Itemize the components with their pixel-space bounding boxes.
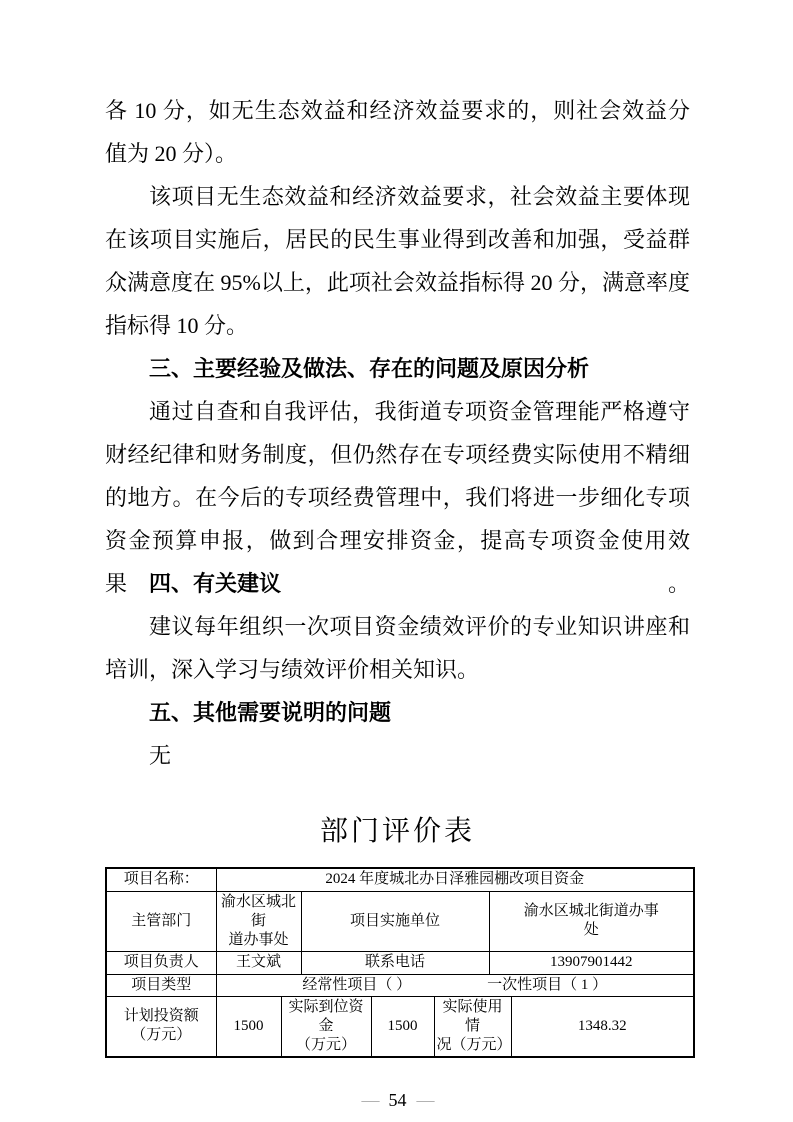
- paragraph: 该项目无生态效益和经济效益要求，社会效益主要体现 在该项目实施后，居民的民生事业…: [105, 175, 690, 347]
- paragraph: 各 10 分，如无生态效益和经济效益要求的，则社会效益分 值为 20 分）。: [105, 89, 690, 175]
- project-name-value: 2024 年度城北办日泽雅园棚改项目资金: [216, 868, 694, 891]
- footer-dash-left: —: [362, 1090, 379, 1110]
- paragraph-line: 众满意度在 95%以上，此项社会效益指标得 20 分，满意率度: [105, 261, 690, 304]
- table-row: 项目类型 经常性项目（ ）一次性项目（ 1 ）: [106, 974, 694, 996]
- paragraph-line: 各 10 分，如无生态效益和经济效益要求的，则社会效益分: [105, 89, 690, 132]
- paragraph-line: 指标得 10 分。: [105, 304, 690, 347]
- footer-dash-right: —: [417, 1090, 434, 1110]
- dept-value: 渝水区城北街 道办事处: [216, 891, 301, 951]
- paragraph: 建议每年组织一次项目资金绩效评价的专业知识讲座和 培训，深入学习与绩效评价相关知…: [105, 605, 690, 691]
- table-row: 项目负责人 王文斌 联系电话 13907901442: [106, 951, 694, 974]
- phone-label: 联系电话: [301, 951, 489, 974]
- phone-value: 13907901442: [489, 951, 694, 974]
- project-name-label: 项目名称：: [106, 868, 216, 891]
- dept-label: 主管部门: [106, 891, 216, 951]
- actual-usage-value: 1348.32: [511, 996, 694, 1057]
- paragraph-line-none: 无: [105, 734, 690, 777]
- paragraph-line: 资金预算申报，做到合理安排资金，提高专项资金使用效果。: [105, 519, 690, 562]
- type-onetime-option: 一次性项目（ 1 ）: [487, 977, 607, 993]
- actual-usage-label: 实际使用情 况（万元）: [434, 996, 511, 1057]
- paragraph-line: 该项目无生态效益和经济效益要求，社会效益主要体现: [105, 175, 690, 218]
- table-row: 项目名称： 2024 年度城北办日泽雅园棚改项目资金: [106, 868, 694, 891]
- section-heading-3: 三、主要经验及做法、存在的问题及原因分析: [105, 347, 690, 390]
- paragraph-line: 财经纪律和财务制度，但仍然存在专项经费实际使用不精细: [105, 433, 690, 476]
- project-type-label: 项目类型: [106, 974, 216, 996]
- paragraph-line: 建议每年组织一次项目资金绩效评价的专业知识讲座和: [105, 605, 690, 648]
- received-funds-label: 实际到位资金 （万元）: [281, 996, 371, 1057]
- page-content: 各 10 分，如无生态效益和经济效益要求的，则社会效益分 值为 20 分）。 该…: [105, 89, 690, 1113]
- planned-investment-label: 计划投资额 （万元）: [106, 996, 216, 1057]
- table-row: 计划投资额 （万元） 1500 实际到位资金 （万元） 1500 实际使用情 况…: [106, 996, 694, 1057]
- paragraph-line: 值为 20 分）。: [105, 132, 690, 175]
- impl-unit-label: 项目实施单位: [301, 891, 489, 951]
- page-footer: —54—: [105, 1087, 690, 1113]
- table-row: 主管部门 渝水区城北街 道办事处 项目实施单位 渝水区城北街道办事 处: [106, 891, 694, 951]
- type-regular-option: 经常性项目（ ）: [302, 977, 411, 993]
- paragraph-line: 培训，深入学习与绩效评价相关知识。: [105, 648, 690, 691]
- department-evaluation-table: 项目名称： 2024 年度城北办日泽雅园棚改项目资金 主管部门 渝水区城北街 道…: [105, 867, 695, 1058]
- received-funds-value: 1500: [371, 996, 434, 1057]
- leader-label: 项目负责人: [106, 951, 216, 974]
- paragraph-line: 的地方。在今后的专项经费管理中，我们将进一步细化专项: [105, 476, 690, 519]
- paragraph-line: 通过自查和自我评估，我街道专项资金管理能严格遵守: [105, 390, 690, 433]
- paragraph: 通过自查和自我评估，我街道专项资金管理能严格遵守 财经纪律和财务制度，但仍然存在…: [105, 390, 690, 562]
- section-heading-5: 五、其他需要说明的问题: [105, 691, 690, 734]
- table-title: 部门评价表: [105, 810, 690, 854]
- project-type-value: 经常性项目（ ）一次性项目（ 1 ）: [216, 974, 694, 996]
- leader-value: 王文斌: [216, 951, 301, 974]
- paragraph-line: 在该项目实施后，居民的民生事业得到改善和加强，受益群: [105, 218, 690, 261]
- page-number: 54: [379, 1090, 417, 1110]
- planned-investment-value: 1500: [216, 996, 281, 1057]
- impl-unit-value: 渝水区城北街道办事 处: [489, 891, 694, 951]
- document-page: 各 10 分，如无生态效益和经济效益要求的，则社会效益分 值为 20 分）。 该…: [0, 0, 793, 1122]
